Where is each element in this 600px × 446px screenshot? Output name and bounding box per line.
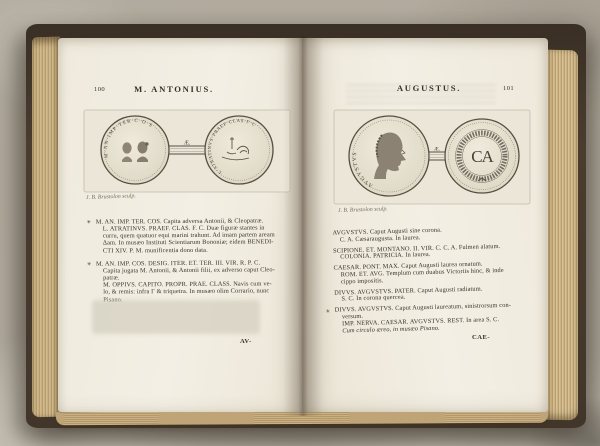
entry-antony-1: ✳ M. AN. IMP. TER. COS. Capita adversa A… xyxy=(96,217,270,254)
left-page: 100 M. ANTONIUS. Æ. M·AN·IMP· xyxy=(58,38,302,412)
entry-marker: ✳ xyxy=(87,261,91,267)
entry-augustus-3: CAESAR. PONT. MAX. Caput Augusti laurea … xyxy=(334,261,524,287)
entry-augustus-1: AVGVSTVS. Caput Augusti sine corona. C. … xyxy=(333,225,523,244)
engraver-signature: J. B. Brustolon sculp. xyxy=(338,206,388,214)
text-line: Δam. In musæo Instituti Scientiarum Bono… xyxy=(96,239,270,247)
entry-augustus-4: DIVVS. AVGVSTVS. PATER. Caput Augusti ra… xyxy=(334,285,524,304)
entry-augustus-2: SCIPIONE. ET. MONTANO. II. VIR. C. C. A.… xyxy=(333,243,523,262)
metal-mark: Æ. xyxy=(434,147,441,153)
metal-mark: Æ. xyxy=(184,141,191,147)
right-page: AUGUSTUS. 101 Æ. AVGVSTVS xyxy=(302,38,548,412)
right-page-number: 101 xyxy=(503,85,514,92)
engraver-signature: J. B. Brustolon sculp. xyxy=(86,193,136,201)
reverse-coin-ca-wreath: CA xyxy=(445,119,519,193)
bottom-page-edge xyxy=(56,410,548,426)
left-catchword: AV- xyxy=(240,338,252,345)
text-line: Capita jugata M. Antonii, & Antonii fili… xyxy=(96,266,270,274)
text-line: CTI XIV. P. M. munificentia dono data. xyxy=(96,246,270,254)
book: 100 M. ANTONIUS. Æ. M·AN·IMP· xyxy=(26,24,586,428)
right-page-text: AVGVSTVS. Caput Augusti sine corona. C. … xyxy=(333,225,526,339)
ca-monogram: CA xyxy=(471,147,494,166)
right-coin-plate-engraving: Æ. AVGVSTVS xyxy=(332,108,532,216)
entry-marker: ✳ xyxy=(87,220,91,226)
right-fore-edge xyxy=(545,50,578,421)
right-catchword: CAE- xyxy=(472,334,490,341)
entry-antony-2: ✳ M. AN. IMP. COS. DESIG. ITER. ET. TER.… xyxy=(96,259,270,303)
left-coin-plate-engraving: Æ. M·AN·IMP·TER·C·O·S xyxy=(82,108,292,202)
text-line: lo, & remis: infra Γ & triquetra. In mus… xyxy=(96,288,270,296)
reverse-coin-sea-chariot: L·ATRATINVS·PRAEF·CLAS·F·C xyxy=(205,116,273,184)
entry-marker: ✳ xyxy=(326,309,330,315)
obverse-coin-antony-cleopatra: M·AN·IMP·TER·C·O·S xyxy=(101,116,169,184)
show-through-texture xyxy=(346,84,496,104)
left-page-text: ✳ M. AN. IMP. TER. COS. Capita adversa A… xyxy=(96,217,271,309)
plate-offset-smudge xyxy=(92,300,260,334)
entry-augustus-5: ✳ DIVVS. AVGVSTVS. Caput Augusti laureat… xyxy=(335,303,526,335)
obverse-coin-augustus-head: AVGVSTVS xyxy=(349,116,429,196)
left-running-title: M. ANTONIUS. xyxy=(52,84,296,94)
